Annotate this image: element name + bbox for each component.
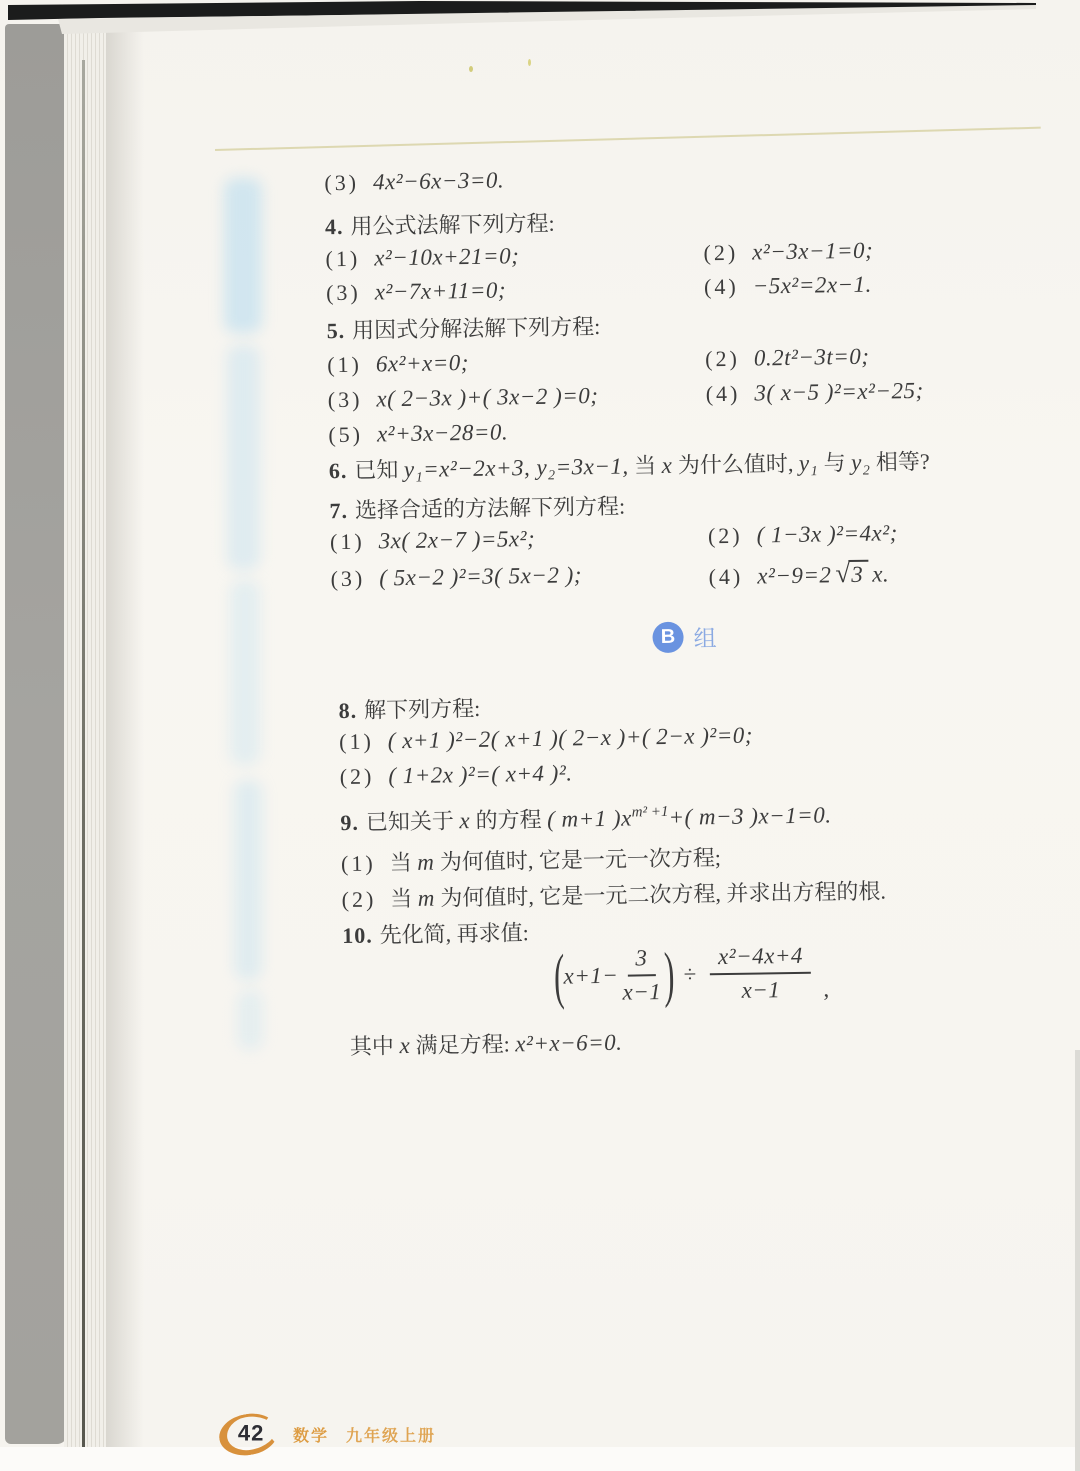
text: 当 bbox=[390, 850, 418, 875]
problem-7-item-4: (4)x²−9=2√3x. bbox=[708, 557, 889, 591]
problem-title-text: 解下列方程: bbox=[364, 696, 481, 723]
page-gutter-shadow bbox=[106, 26, 144, 1448]
paper-speck bbox=[469, 66, 473, 72]
formula-part: ( m+1 )x bbox=[547, 805, 632, 831]
text: 为什么值时, bbox=[672, 451, 799, 478]
problem-number: 10. bbox=[342, 923, 373, 948]
formula: 3( x−5 )²=x²−25; bbox=[754, 378, 924, 406]
problem-title-text: 选择合适的方法解下列方程: bbox=[355, 494, 625, 523]
problem-3-continued: (3)4x²−6x−3=0. bbox=[212, 159, 1058, 204]
problem-number: 7. bbox=[329, 498, 348, 523]
formula: ( 1+2x )²=( x+4 )². bbox=[388, 760, 573, 788]
formula: x²−3x−1=0; bbox=[752, 238, 873, 265]
variable: y₂ bbox=[851, 450, 871, 475]
item-label: (1) bbox=[341, 851, 376, 877]
item-label: (3) bbox=[328, 387, 363, 413]
item-label: (1) bbox=[325, 246, 360, 272]
item-label: (4) bbox=[706, 381, 741, 407]
division-sign: ÷ bbox=[683, 961, 696, 987]
problem-7-item-3: (3)( 5x−2 )²=3( 5x−2 ); bbox=[330, 562, 582, 592]
denominator: x−1 bbox=[741, 974, 780, 1004]
formula: 3x( 2x−7 )=5x²; bbox=[378, 526, 535, 553]
footer-subject: 数学 bbox=[293, 1423, 329, 1446]
problem-number: 4. bbox=[325, 214, 344, 239]
badge-letter: B bbox=[661, 626, 676, 649]
problem-5-item-3: (3)x( 2−3x )+( 3x−2 )=0; bbox=[328, 383, 599, 413]
problem-10-condition: 其中 x 满足方程: x²+x−6=0. bbox=[226, 1019, 1072, 1064]
page-body: (3)4x²−6x−3=0. 4.用公式法解下列方程: (1)x²−10x+21… bbox=[212, 147, 1073, 1090]
item-label: (5) bbox=[328, 422, 363, 448]
radicand: 3 bbox=[848, 560, 868, 587]
problem-5-item-4: (4)3( x−5 )²=x²−25; bbox=[706, 378, 924, 407]
item-label: (1) bbox=[330, 529, 365, 555]
problem-title-text: 先化简, 再求值: bbox=[379, 920, 528, 947]
formula-part: x²−9=2 bbox=[757, 562, 832, 588]
formula: −5x²=2x−1. bbox=[753, 272, 873, 299]
problem-title-text: 用因式分解法解下列方程: bbox=[352, 314, 600, 343]
item-label: (2) bbox=[705, 346, 740, 372]
page-footer: 42 数学 九年级上册 bbox=[219, 1414, 436, 1455]
item-label: (1) bbox=[339, 729, 374, 755]
formula: x²−7x+11=0; bbox=[375, 277, 507, 304]
fraction: x²−4x+4x−1 bbox=[710, 943, 812, 1005]
formula: ( x+1 )²−2( x+1 )( 2−x )+( 2−x )²=0; bbox=[388, 723, 754, 754]
problem-4-item-3: (3)x²−7x+11=0; bbox=[326, 277, 506, 306]
item-label: (2) bbox=[340, 764, 375, 790]
problem-number: 8. bbox=[338, 698, 357, 723]
problem-number: 9. bbox=[340, 810, 359, 835]
formula: ( 5x−2 )²=3( 5x−2 ); bbox=[379, 562, 582, 590]
problem-4-item-4: (4)−5x²=2x−1. bbox=[704, 272, 872, 301]
problem-4-item-1: (1)x²−10x+21=0; bbox=[325, 243, 519, 272]
item-label: (1) bbox=[327, 352, 362, 378]
fraction: 3x−1 bbox=[622, 945, 662, 1006]
text: 已知 bbox=[354, 457, 404, 483]
problem-4-item-2: (2)x²−3x−1=0; bbox=[703, 238, 873, 267]
variable: x bbox=[459, 808, 470, 833]
problem-7-item-1: (1)3x( 2x−7 )=5x²; bbox=[330, 526, 536, 555]
group-b-badge-icon: B bbox=[652, 622, 683, 653]
problem-7-item-2: (2)( 1−3x )²=4x²; bbox=[708, 520, 898, 549]
formula: 6x²+x=0; bbox=[376, 350, 469, 376]
problem-5-item-5: (5)x²+3x−28=0. bbox=[328, 419, 508, 448]
item-label: (3) bbox=[326, 280, 361, 306]
page-number: 42 bbox=[238, 1420, 264, 1446]
left-paren: ( bbox=[554, 950, 565, 1003]
text: 当 bbox=[390, 886, 418, 911]
group-b-section-header: B 组 bbox=[652, 620, 718, 654]
variable: m bbox=[417, 850, 435, 875]
formula: x²+3x−28=0. bbox=[377, 419, 509, 446]
item-label: (4) bbox=[704, 274, 739, 300]
formula: x( 2−3x )+( 3x−2 )=0; bbox=[376, 383, 598, 411]
formula: x²+x−6=0. bbox=[515, 1030, 623, 1057]
problem-5-item-1: (1)6x²+x=0; bbox=[327, 350, 469, 378]
header-rule-line bbox=[215, 127, 1041, 151]
scan-right-edge bbox=[1075, 1050, 1080, 1471]
right-paren: ) bbox=[664, 948, 675, 1001]
problem-9: 9.已知关于 x 的方程 ( m+1 )xm² +1+( m−3 )x−1=0. bbox=[222, 795, 1068, 840]
scanned-textbook-page: (3)4x²−6x−3=0. 4.用公式法解下列方程: (1)x²−10x+21… bbox=[0, 0, 1080, 1471]
problem-number: 5. bbox=[326, 318, 345, 343]
text: 与 bbox=[818, 450, 851, 476]
text: 满足方程: bbox=[410, 1031, 516, 1058]
text: 已知关于 bbox=[366, 808, 460, 834]
scan-bottom-edge bbox=[0, 1447, 1080, 1471]
formula: ( 1−3x )²=4x²; bbox=[756, 520, 898, 547]
item-label: (2) bbox=[703, 240, 738, 266]
scanner-backdrop bbox=[5, 24, 67, 1444]
text: 其中 bbox=[350, 1033, 400, 1059]
text: 的方程 bbox=[470, 807, 547, 833]
formula: y₁=x²−2x+3, y₂=3x−1, bbox=[404, 453, 629, 482]
comma: , bbox=[823, 976, 829, 1002]
text: 为何值时, 它是一元一次方程; bbox=[434, 845, 721, 874]
problem-7-row-2: (3)( 5x−2 )²=3( 5x−2 ); (4)x²−9=2√3x. bbox=[218, 555, 1064, 600]
item-label: (4) bbox=[708, 564, 743, 590]
book-page-edges bbox=[64, 26, 106, 1448]
item-label: (2) bbox=[708, 523, 743, 549]
page-number-badge-icon: 42 bbox=[216, 1409, 281, 1460]
variable: x bbox=[399, 1033, 410, 1058]
text: 当 bbox=[628, 453, 661, 479]
formula-part: x. bbox=[872, 561, 889, 586]
text: 相等? bbox=[870, 449, 930, 475]
item-label: (3) bbox=[324, 170, 359, 196]
item-label: (3) bbox=[330, 566, 365, 592]
item-label: (2) bbox=[341, 887, 376, 913]
formula: 4x²−6x−3=0. bbox=[373, 167, 505, 194]
formula: 0.2t²−3t=0; bbox=[754, 344, 870, 371]
formula: x²−10x+21=0; bbox=[374, 243, 519, 270]
problem-5-item-2: (2)0.2t²−3t=0; bbox=[705, 344, 870, 373]
numerator: 3 bbox=[627, 945, 655, 976]
formula-part: +( m−3 )x−1=0. bbox=[668, 802, 831, 830]
variable: y₁ bbox=[799, 451, 819, 476]
formula-part: x+1− bbox=[563, 963, 618, 990]
problem-number: 6. bbox=[329, 458, 348, 483]
numerator: x²−4x+4 bbox=[710, 943, 811, 976]
exponent: m² +1 bbox=[632, 804, 669, 822]
paper-speck bbox=[528, 59, 531, 66]
footer-grade: 九年级上册 bbox=[346, 1423, 436, 1446]
book-page-edge-line bbox=[82, 60, 85, 1448]
group-b-label: 组 bbox=[693, 620, 718, 653]
text: 为何值时, 它是一元二次方程, 并求出方程的根. bbox=[435, 879, 886, 911]
problem-10-expression: ( x+1− 3x−1 ) ÷ x²−4x+4x−1 , bbox=[554, 942, 829, 1006]
denominator: x−1 bbox=[622, 976, 661, 1006]
variable: m bbox=[418, 886, 436, 911]
problem-title-text: 用公式法解下列方程: bbox=[350, 211, 554, 239]
variable: x bbox=[661, 453, 672, 478]
